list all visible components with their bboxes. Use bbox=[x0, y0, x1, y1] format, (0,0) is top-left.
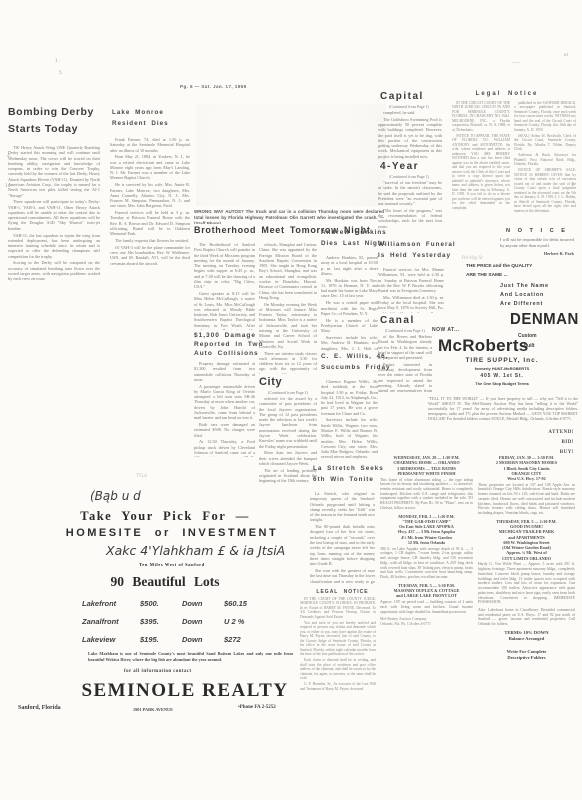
auction-thursday-body: Hardy G. Von Wolfe Plant — Approx. 5 acr… bbox=[478, 562, 575, 605]
article-willis: Clarence Eugene Willis, 46, died suddenl… bbox=[321, 379, 378, 459]
mcroberts-now-at: NOW AT... bbox=[432, 327, 460, 333]
headline-williamson-line1: Williamson Funeral bbox=[378, 242, 456, 248]
headline-hunkins-line2: Dies Last Night bbox=[321, 241, 386, 247]
lot-price: $500. bbox=[140, 599, 182, 608]
headline-canal: Canal bbox=[380, 316, 415, 326]
headline-damage-line3: Auto Collisions bbox=[194, 351, 259, 358]
headline-city: City bbox=[259, 377, 282, 388]
article-four-year: "survival of our freedom" may be at stak… bbox=[378, 180, 442, 238]
denman-line1: THE PRICE and the QUALITY bbox=[466, 264, 578, 269]
pencil-mark: 1 · bbox=[55, 59, 61, 64]
headline-la-stretch-line1: La Stretch Seeks bbox=[313, 466, 384, 472]
article-williamson: Funeral services for Mrs. Mamie Williams… bbox=[378, 267, 444, 313]
homesite-ten-miles: Ten Miles West of Sanford bbox=[92, 562, 252, 567]
lot-price: $395. bbox=[140, 617, 182, 626]
legal-notice-top-heading: Legal Notice bbox=[462, 91, 552, 97]
price-row-canalfront: Zanalfront $395. Down U 2 % bbox=[82, 617, 264, 626]
headline-capital: Capital bbox=[380, 92, 424, 102]
article-capital: completed, he said.The Goldsboro Swimmin… bbox=[378, 110, 442, 160]
pencil-mark: 5 bbox=[59, 71, 62, 76]
notice-ad: N O T I C E I will not be responsible fo… bbox=[500, 228, 574, 256]
mcroberts-line4: The One Stop Budget Terms bbox=[436, 381, 568, 386]
realty-phone: •Phone FA 2-5252 bbox=[238, 705, 276, 710]
headline-williamson-line2: Is Held Yesterday bbox=[378, 253, 451, 259]
seminole-realty-logo: SEMINOLE REALTY bbox=[55, 680, 315, 702]
lot-down-label: Down bbox=[182, 599, 224, 608]
lot-down-amount: $60.15 bbox=[224, 599, 260, 608]
homesite-description: Lake Markham is one of Seminole County's… bbox=[88, 651, 293, 663]
article-canal: of the Rivers and Harbors Board in Washi… bbox=[378, 334, 432, 392]
headline-four-year: 4-Year bbox=[380, 162, 419, 172]
article-damage: Property damage estimated at $1,300 resu… bbox=[194, 361, 255, 457]
headline-bombing-derby-line2: Starts Today bbox=[8, 124, 78, 135]
denman-logo: DENMAN bbox=[510, 311, 578, 329]
auction-monday-body: 380 ft. on Lake Apopka with average dept… bbox=[380, 547, 473, 580]
continued-line-capital: (Continued from Page 1) bbox=[378, 104, 440, 109]
homesite-ad-line2: HOMESITE or INVESTMENT bbox=[52, 527, 292, 539]
tell-world-ad: "TELL IT TO THE WORLD" — If you have pro… bbox=[428, 396, 578, 427]
legal-notice-top-col-right: published in the SANFORD HERALD, a newsp… bbox=[514, 101, 576, 227]
lot-type: Zanalfront bbox=[82, 617, 140, 626]
homesite-contact-line: for all information contact bbox=[124, 669, 192, 674]
lot-down-label: Down bbox=[182, 635, 224, 644]
photo-caption: WRONG WAY AUTOS? The truck and car in a … bbox=[194, 209, 384, 224]
homesite-90-lots: 90 Beautiful Lots bbox=[70, 574, 260, 590]
auction-friday-body: These properties are located at 107 and … bbox=[478, 483, 575, 516]
auction-friday-heading: FRIDAY, JAN. 30 — 1:30 P.M.2 MODERN MASO… bbox=[478, 455, 575, 481]
continued-line-canal: (Continued from Page 1) bbox=[378, 328, 432, 333]
homesite-ad-line1: Take Your Pick For — bbox=[60, 509, 270, 524]
notice-ad-signature: Herbert R. Park bbox=[500, 251, 574, 256]
notice-ad-heading: N O T I C E bbox=[500, 228, 574, 234]
auction-company-line: Mel-Rainey Auction CompanyOrlando, Fla. … bbox=[380, 617, 473, 627]
auction-tuesday-body: Approx. 105' on paved road — building co… bbox=[380, 600, 473, 614]
auction-wednesday-heading: WEDNESDAY, JAN. 28 — 1:30 P.M.CHARMING H… bbox=[380, 455, 473, 476]
notice-ad-body: I will not be responsible for debts incu… bbox=[500, 237, 574, 249]
article-la-stretch: La Stretch, who reigned as temporary que… bbox=[310, 491, 375, 585]
homesite-price-table: Lakefront $500. Down $60.15 Zanalfront $… bbox=[82, 599, 264, 653]
headline-la-stretch-line2: 6th Win Tonite bbox=[313, 477, 374, 483]
newspaper-page: 1 · 5 4, 14 —— cr 1 TTLd Pg. 6 — Sat. Ja… bbox=[0, 0, 582, 800]
headline-damage-line1: $1,300 Damage bbox=[194, 333, 256, 340]
headline-lake-monroe-line1: Lake Monroe bbox=[112, 110, 164, 116]
auction-tuesday-heading: TUESDAY, FEB. 3 — 1:30 P.M.MASONRY DUPLE… bbox=[380, 583, 473, 599]
handwritten-lake-markham: Xakc 4'Ylahkham £ & ia JtsiA bbox=[106, 543, 285, 558]
auction-closing-body: Also: Lakefront home in Casselberry. Bea… bbox=[478, 608, 575, 627]
auction-listings-col-right: FRIDAY, JAN. 30 — 1:30 P.M.2 MODERN MASO… bbox=[478, 455, 575, 713]
auction-wednesday-body: This home of white aluminum siding — the… bbox=[380, 478, 473, 511]
article-hunkins: Andrew Hunkins, 82, passed away at a loc… bbox=[321, 255, 378, 351]
auction-write-for-folders: Write For CompleteDescriptive Folders bbox=[478, 649, 575, 662]
mcroberts-ad-details: TIRE SUPPLY, Inc. formerly HUNT-McROBERT… bbox=[436, 357, 568, 386]
article-city: selected for the award by a committee of… bbox=[259, 396, 317, 498]
page-dateline: Pg. 6 — Sat. Jan. 17, 1959 bbox=[180, 84, 320, 89]
headline-damage-line2: Reported In Two bbox=[194, 342, 263, 349]
lot-down-amount: U 2 % bbox=[224, 617, 260, 626]
auction-terms: TERMS: 10% DOWNBalance Arranged bbox=[478, 630, 575, 643]
lot-type: Lakefront bbox=[82, 599, 140, 608]
auction-listings-col-left: WEDNESDAY, JAN. 28 — 1:30 P.M.CHARMING H… bbox=[380, 455, 473, 707]
mcroberts-line2: formerly HUNT-McROBERTS bbox=[436, 366, 568, 371]
lot-down-label: Down bbox=[182, 617, 224, 626]
realty-city: Sanford, Florida bbox=[18, 705, 61, 711]
headline-hunkins-line1: Andrew Hunkins bbox=[321, 230, 387, 236]
pencil-mark: TTLd bbox=[136, 474, 147, 479]
continued-line-four-year: (Continued from Page 1) bbox=[378, 174, 440, 179]
pencil-dash: —— bbox=[512, 60, 520, 65]
denman-line2: ARE THE SAME ... bbox=[466, 273, 578, 278]
denman-line4: And Location bbox=[500, 292, 578, 298]
article-brotherhood-col1: The Brotherhood of Sanford First Baptist… bbox=[194, 242, 255, 330]
mcroberts-line3: 405 W. 1st St. bbox=[436, 373, 568, 379]
denman-line3: Just The Name bbox=[500, 283, 578, 289]
article-bombing-derby: TW Heavy Attack Wing ONE Quarterly Bombi… bbox=[8, 145, 100, 455]
auction-monday-heading: MONDAY, FEB. 2 — 1:30 P.M."THE GAR-FISH … bbox=[380, 514, 473, 546]
article-brotherhood-col2: schools, Shanghai and Canton, China. She… bbox=[259, 242, 317, 374]
legal-notice-bottom-heading: LEGAL NOTICE bbox=[310, 589, 375, 595]
lot-price: $195. bbox=[140, 635, 182, 644]
page-corner-mark: cr bbox=[564, 53, 568, 58]
legal-notice-top-col-left: IN THE CIRCUIT COURT OF THE NINTH JUDICI… bbox=[452, 101, 510, 219]
price-row-lakeview: Lakeview $195. Down $272 bbox=[82, 635, 264, 644]
crash-photo-washed-out bbox=[196, 104, 386, 206]
article-lake-monroe: Frank Farmer, 74, died at 1:50 p. m. Sat… bbox=[110, 137, 190, 455]
continued-line-city: (Continued from Page 1) bbox=[259, 390, 317, 395]
denman-line7: built bbox=[524, 343, 578, 349]
denman-line5: Are Different bbox=[500, 301, 578, 307]
mcroberts-line1: TIRE SUPPLY, Inc. bbox=[436, 357, 568, 364]
headline-lake-monroe-line2: Resident Dies bbox=[112, 121, 169, 127]
pencil-initials: Rd Hlg Sr bbox=[462, 256, 483, 261]
mcroberts-logo: McRoberts bbox=[438, 336, 529, 356]
headline-bombing-derby-line1: Bombing Derby bbox=[8, 107, 94, 118]
price-row-lakefront: Lakefront $500. Down $60.15 bbox=[82, 599, 264, 608]
realty-address: 1901 PARK AVENUE bbox=[133, 707, 173, 712]
lot-type: Lakeview bbox=[82, 635, 140, 644]
auction-thursday-heading: THURSDAY, FEB. 5 — 1:30 P.M.GOOD INCOME!… bbox=[478, 519, 575, 561]
handwritten-scribble: (Bąb u d bbox=[90, 489, 141, 503]
lot-down-amount: $272 bbox=[224, 635, 260, 644]
